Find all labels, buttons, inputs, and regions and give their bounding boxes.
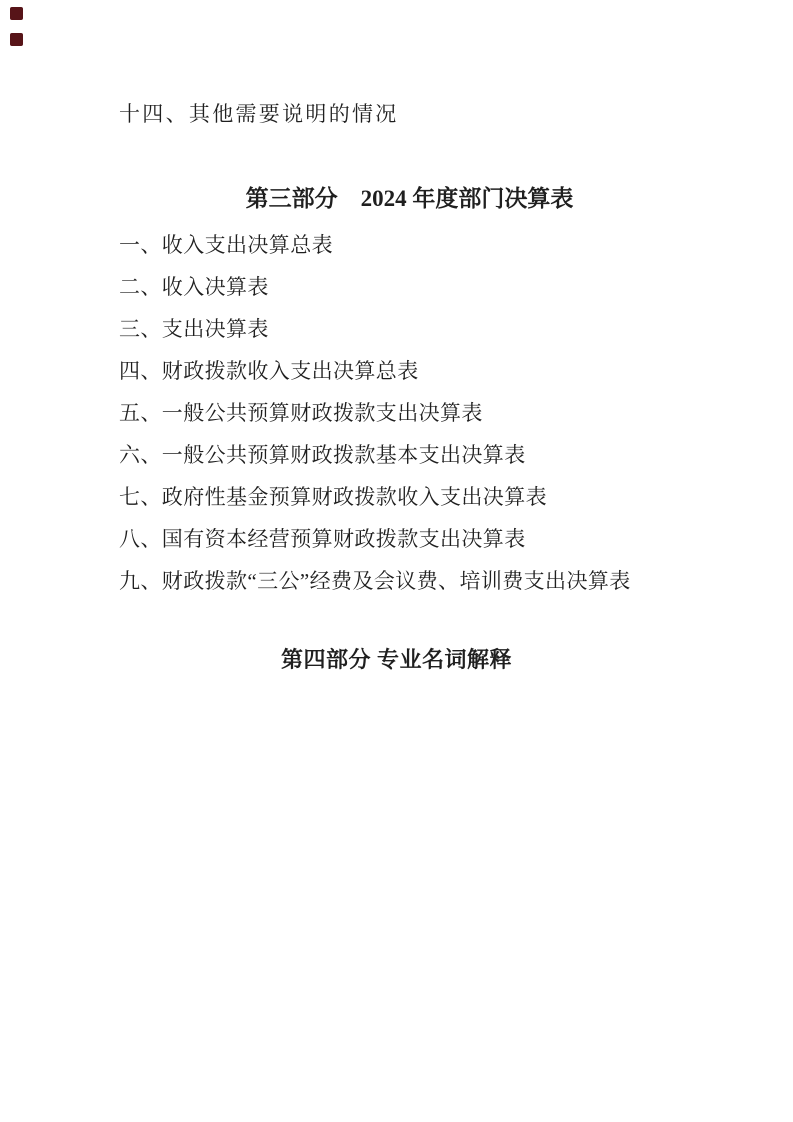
toc-item-1: 一、收入支出决算总表 bbox=[119, 224, 631, 266]
toc-item-other-notes: 十四、其他需要说明的情况 bbox=[119, 100, 399, 128]
red-stamp-mark-icon bbox=[10, 7, 23, 20]
part4-heading: 第四部分 专业名词解释 bbox=[0, 645, 793, 675]
toc-item-4: 四、财政拨款收入支出决算总表 bbox=[119, 350, 631, 392]
document-page: 十四、其他需要说明的情况 第三部分 2024 年度部门决算表 一、收入支出决算总… bbox=[0, 0, 793, 1122]
toc-item-5: 五、一般公共预算财政拨款支出决算表 bbox=[119, 392, 631, 434]
toc-item-7: 七、政府性基金预算财政拨款收入支出决算表 bbox=[119, 476, 631, 518]
toc-item-8: 八、国有资本经营预算财政拨款支出决算表 bbox=[119, 518, 631, 560]
part3-table-list: 一、收入支出决算总表 二、收入决算表 三、支出决算表 四、财政拨款收入支出决算总… bbox=[119, 224, 631, 602]
red-stamp-mark-icon bbox=[10, 33, 23, 46]
toc-item-6: 六、一般公共预算财政拨款基本支出决算表 bbox=[119, 434, 631, 476]
toc-item-9: 九、财政拨款“三公”经费及会议费、培训费支出决算表 bbox=[119, 560, 631, 602]
toc-item-2: 二、收入决算表 bbox=[119, 266, 631, 308]
part3-heading: 第三部分 2024 年度部门决算表 bbox=[0, 184, 793, 214]
toc-item-3: 三、支出决算表 bbox=[119, 308, 631, 350]
